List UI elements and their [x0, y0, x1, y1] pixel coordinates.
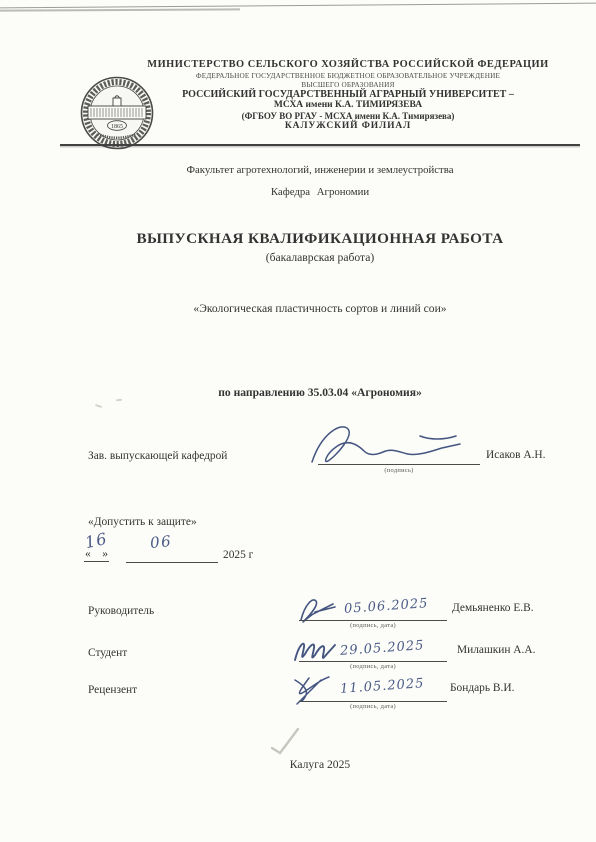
admit-month-line	[126, 562, 218, 563]
header-org-line2: ВЫСШЕГО ОБРАЗОВАНИЯ	[110, 81, 586, 89]
work-subtitle: (бакалаврская работа)	[44, 251, 596, 264]
scan-edge-line	[0, 3, 596, 9]
reviewer-signature-line	[299, 701, 447, 702]
admit-label: «Допустить к защите»	[88, 516, 197, 528]
header-org-line1: ФЕДЕРАЛЬНОЕ ГОСУДАРСТВЕННОЕ БЮДЖЕТНОЕ ОБ…	[110, 72, 586, 80]
head-signature-line	[318, 464, 480, 465]
head-signature-ink	[300, 420, 472, 468]
thesis-title: «Экологическая пластичность сортов и лин…	[44, 302, 596, 315]
student-signature-ink	[289, 636, 341, 664]
header-university-line1: РОССИЙСКИЙ ГОСУДАРСТВЕННЫЙ АГРАРНЫЙ УНИВ…	[110, 89, 586, 100]
student-signature-line	[299, 661, 447, 662]
scan-edge-shadow	[0, 8, 240, 11]
header-branch: КАЛУЖСКИЙ ФИЛИАЛ	[110, 121, 586, 131]
pencil-checkmark	[266, 726, 306, 758]
reviewer-signature-caption: (подпись, дата)	[299, 703, 447, 710]
header-university-line2: МСХА имени К.А. ТИМИРЯЗЕВА	[110, 100, 586, 110]
work-title: ВЫПУСКНАЯ КВАЛИФИКАЦИОННАЯ РАБОТА	[44, 230, 596, 248]
head-signature-caption: (подпись)	[318, 467, 480, 474]
supervisor-signature-caption: (подпись, дата)	[299, 622, 447, 629]
direction-line: по направлению 35.03.04 «Агрономия»	[44, 386, 596, 399]
header-university-line3: (ФГБОУ ВО РГАУ - МСХА имени К.А. Тимиряз…	[110, 111, 586, 121]
department-line: Кафедра Агрономии	[44, 186, 596, 198]
header-ministry: МИНИСТЕРСТВО СЕЛЬСКОГО ХОЗЯЙСТВА РОССИЙС…	[110, 59, 586, 70]
supervisor-name: Демьяненко Е.В.	[452, 602, 534, 614]
pencil-speck	[95, 404, 102, 408]
admit-year: 2025 г	[223, 549, 253, 561]
supervisor-label: Руководитель	[88, 605, 154, 617]
footer-city-year: Калуга 2025	[44, 758, 596, 771]
supervisor-date-handwritten: 05.06.2025	[344, 596, 429, 617]
student-signature-caption: (подпись, дата)	[299, 663, 447, 670]
student-date-handwritten: 29.05.2025	[340, 638, 425, 659]
reviewer-name: Бондарь В.И.	[450, 682, 514, 694]
head-of-department-label: Зав. выпускающей кафедрой	[88, 450, 227, 462]
pencil-speck	[116, 399, 122, 402]
admit-day-brackets: « »	[84, 548, 109, 562]
reviewer-label: Рецензент	[88, 684, 137, 696]
reviewer-date-handwritten: 11.05.2025	[340, 676, 425, 697]
header-divider	[60, 144, 580, 146]
student-label: Студент	[88, 647, 127, 659]
supervisor-signature-line	[299, 620, 447, 621]
head-of-department-name: Исаков А.Н.	[486, 449, 546, 461]
student-name: Милашкин А.А.	[457, 644, 535, 656]
admit-month-handwritten: 06	[149, 532, 173, 552]
faculty-line: Факультет агротехнологий, инженерии и зе…	[44, 164, 596, 176]
document-page: 1865 МИНИСТЕРСТВО СЕЛЬСКОГО ХОЗЯЙСТВА РО…	[0, 0, 596, 842]
